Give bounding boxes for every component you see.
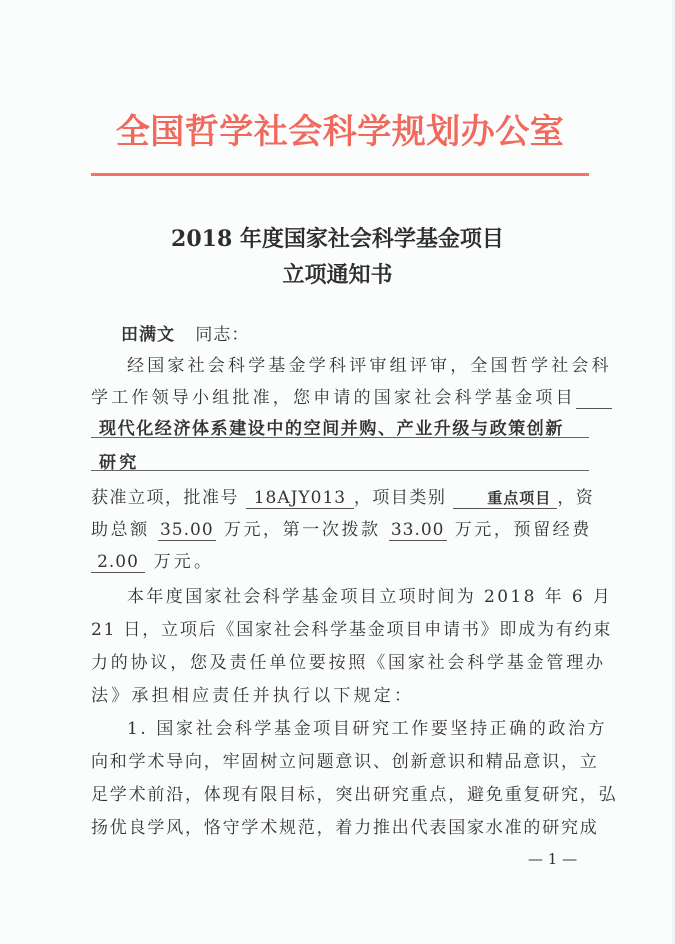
- project-title-line1: 现代化经济体系建设中的空间并购、产业升级与政策创新: [91, 414, 597, 439]
- total-prefix: 助总额: [91, 520, 150, 540]
- organization-header: 全国哲学社会科学规划办公室: [80, 104, 600, 153]
- reserve-suffix: 万元。: [154, 552, 215, 572]
- rule1-line2: 向和学术导向，牢固树立问题意识、创新意识和精品意识，立: [91, 747, 589, 772]
- page-number: — 1 —: [528, 850, 577, 868]
- first-payment-prefix: 万元，第一次拨款: [224, 520, 381, 540]
- first-payment-amount: 33.00: [389, 520, 447, 541]
- salutation: 田满文 同志：: [91, 320, 619, 345]
- reserve-prefix: 万元，预留经费: [455, 520, 592, 540]
- rule1-line3: 足学术前沿，体现有限目标，突出研究重点，避免重复研究，弘: [91, 780, 589, 805]
- paragraph2-line2: 21 日，立项后《国家社会科学基金项目申请书》即成为有约束: [91, 615, 589, 640]
- project-title-underline2: [91, 470, 589, 471]
- salutation-suffix: 同志：: [195, 325, 249, 345]
- rule1-line4: 扬优良学风，恪守学术规范，着力推出代表国家水准的研究成: [91, 813, 589, 838]
- funding-line: 助总额 35.00 万元，第一次拨款 33.00 万元，预留经费: [91, 515, 589, 541]
- red-divider: [91, 173, 589, 176]
- total-amount: 35.00: [158, 520, 216, 541]
- paragraph1-line1: 经国家社会科学基金学科评审组评审，全国哲学社会科: [91, 351, 625, 376]
- paragraph1-line2: 学工作领导小组批准，您申请的国家社会科学基金项目: [91, 383, 589, 409]
- category-suffix: ，资: [557, 488, 594, 508]
- recipient-name: 田满文: [121, 325, 175, 345]
- blank-underline: [576, 388, 612, 409]
- project-category: 重点项目: [453, 487, 557, 509]
- category-prefix: ，项目类别: [354, 488, 447, 508]
- approval-number: 18AJY013: [246, 488, 354, 509]
- document-title-line1: 2018 年度国家社会科学基金项目: [100, 222, 575, 253]
- document-title-line2: 立项通知书: [100, 258, 575, 289]
- rule1-line1: 1. 国家社会科学基金项目研究工作要坚持正确的政治方: [91, 714, 625, 739]
- paragraph2-line3: 力的协议，您及责任单位要按照《国家社会科学基金管理办: [91, 648, 589, 673]
- paragraph2-line4: 法》承担相应责任并执行以下规定：: [91, 681, 589, 706]
- paragraph2-line1: 本年度国家社会科学基金项目立项时间为 2018 年 6 月: [91, 582, 625, 607]
- document-page: 全国哲学社会科学规划办公室 2018 年度国家社会科学基金项目 立项通知书 田满…: [0, 0, 675, 944]
- approval-line: 获准立项，批准号 18AJY013，项目类别 重点项目，资: [91, 483, 589, 509]
- reserve-amount: 2.00: [91, 552, 145, 573]
- paragraph1-line2-text: 学工作领导小组批准，您申请的国家社会科学基金项目: [91, 388, 576, 408]
- reserve-line: 2.00 万元。: [91, 547, 589, 573]
- approved-prefix: 获准立项，批准号: [91, 488, 239, 508]
- project-title-underline1: [91, 437, 589, 438]
